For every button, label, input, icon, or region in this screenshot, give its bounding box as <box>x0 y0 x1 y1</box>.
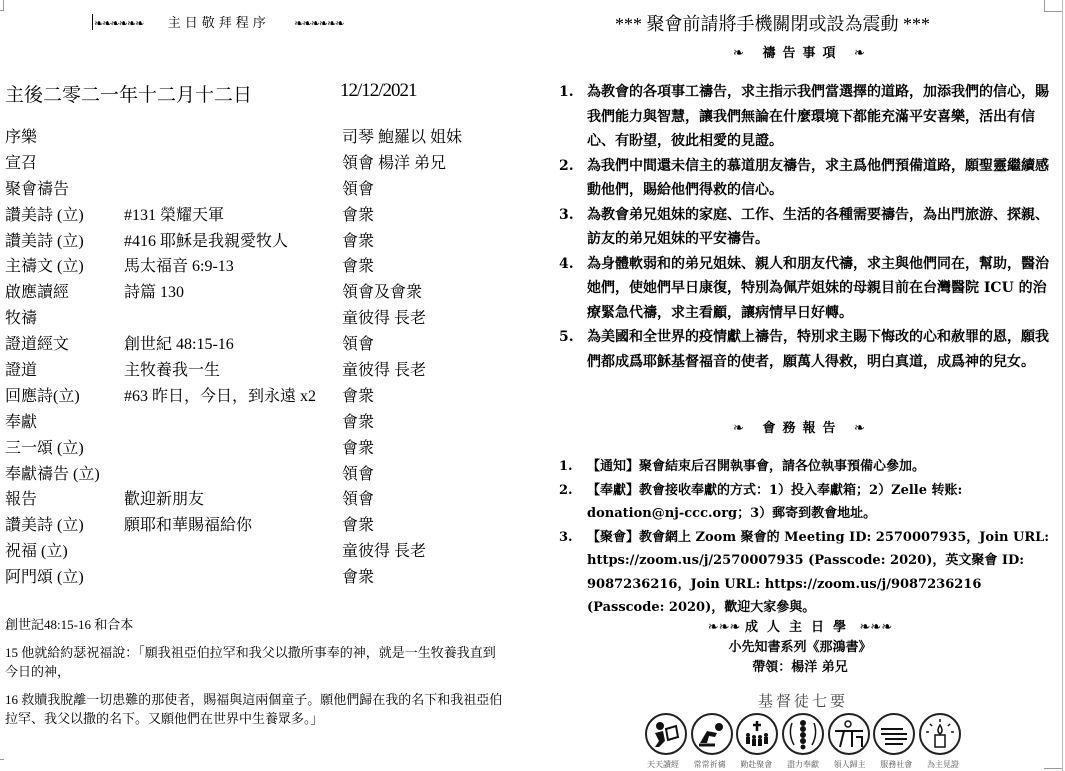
service-content: 詩篇 130 <box>124 279 184 302</box>
service-item: 回應詩(立) <box>5 383 80 406</box>
service-leader: 童彼得 長老 <box>342 538 426 561</box>
item-number: 5. <box>559 325 574 350</box>
service-leader: 會衆 <box>342 409 374 432</box>
service-row: 祝福 (立)童彼得 長老 <box>5 538 525 564</box>
date: 12/12/2021 <box>340 80 417 102</box>
item-number: 1. <box>559 80 574 105</box>
service-row: 讚美詩 (立)#131 榮耀天軍會衆 <box>5 202 525 228</box>
service-leader: 會衆 <box>342 512 374 535</box>
program-title-text: 主日敬拜程序 <box>168 16 270 31</box>
service-leader: 領會 <box>342 331 374 354</box>
service-row: 報告歡迎新朋友領會 <box>5 486 525 512</box>
sunday-school-leader: 帶領：楊洋 弟兄 <box>640 658 960 678</box>
scripture-reference: 創世記48:15-16 和合本 <box>5 615 505 634</box>
item-text: 【通知】聚會結束后召開執事會，請各位執事預備心參加。 <box>587 459 925 474</box>
crop-mark-top-right <box>1044 0 1063 12</box>
prayer-heading: ❧ 禱告事項 ❧ <box>733 42 872 61</box>
service-leader: 會衆 <box>342 383 374 406</box>
essential-label: 常常祈禱 <box>694 759 726 770</box>
service-row: 阿門頌 (立)會衆 <box>5 564 525 590</box>
sunday-school-series: 小先知書系列《那鴻書》 <box>640 638 960 658</box>
order-of-service: 序樂司琴 鮑羅以 姐妹 宣召領會 楊洋 弟兄 聚會禱告領會 讚美詩 (立)#13… <box>5 124 525 590</box>
service-content: 馬太福音 6:9-13 <box>124 253 234 276</box>
service-item: 祝福 (立) <box>5 538 68 561</box>
item-number: 3. <box>559 203 574 228</box>
essential-label: 服務社會 <box>880 759 912 770</box>
service-row: 宣召領會 楊洋 弟兄 <box>5 150 525 176</box>
service-leader: 領會 楊洋 弟兄 <box>342 150 446 173</box>
ornament-icon: ❧ <box>733 46 751 61</box>
service-leader: 童彼得 長老 <box>342 305 426 328</box>
candle-witness-icon <box>919 713 961 755</box>
reading-bible-icon <box>645 713 687 755</box>
essential-label: 為主見證 <box>927 759 959 770</box>
date-chinese: 主後二零二一年十二月十二日 <box>5 80 252 107</box>
service-item: 牧禱 <box>5 305 37 328</box>
ornament-icon: ❧❧❧❧❧❧ <box>294 17 343 30</box>
item-text: 【奉獻】教會接收奉獻的方式：1）投入奉獻箱；2）Zelle 转账: donati… <box>587 483 962 522</box>
announcement-item: 2.【奉獻】教會接收奉獻的方式：1）投入奉獻箱；2）Zelle 转账: dona… <box>545 479 1055 526</box>
service-content: 創世紀 48:15-16 <box>124 331 234 354</box>
service-row: 讚美詩 (立)願耶和華賜福給你會衆 <box>5 512 525 538</box>
item-text: 為身體軟弱和的弟兄姐妹、親人和朋友代禱，求主與他們同在，幫助，醫治她們，使她們早… <box>587 256 1049 321</box>
service-leader: 會衆 <box>342 228 374 251</box>
program-title: ❧❧❧❧❧❧ 主日敬拜程序 ❧❧❧❧❧❧ <box>92 12 343 31</box>
sunday-school: ❧❧❧ 成人主日學 ❧❧❧ 小先知書系列《那鴻書》 帶領：楊洋 弟兄 <box>640 618 960 678</box>
praying-icon <box>691 713 733 755</box>
service-content: 主牧養我一生 <box>124 357 220 380</box>
ornament-icon: ❧❧❧❧❧❧ <box>94 17 143 30</box>
prayer-item: 5.為美國和全世界的疫情獻上禱告，特別求主賜下悔改的心和赦罪的恩，願我們都成爲耶… <box>545 325 1055 374</box>
essential-label: 盡力奉獻 <box>787 759 819 770</box>
service-item: 序樂 <box>5 124 37 147</box>
crop-mark-top-left <box>0 0 4 11</box>
service-row: 序樂司琴 鮑羅以 姐妹 <box>5 124 525 150</box>
item-text: 為教會弟兄姐妹的家庭、工作、生活的各種需要禱告，為出門旅游、探親、訪友的弟兄姐妹… <box>587 207 1049 248</box>
service-row: 奉獻禱告 (立)領會 <box>5 461 525 487</box>
prayer-item: 2.為我們中間還未信主的慕道朋友禱告，求主爲他們預備道路，願聖靈繼續感動他們，賜… <box>545 154 1055 203</box>
evangelism-icon <box>828 713 870 755</box>
giving-icon <box>782 713 824 755</box>
service-leader: 領會 <box>342 176 374 199</box>
ornament-icon: ❧ <box>854 46 872 61</box>
seven-essentials-labels: 天天讀經 常常祈禱 勤赴聚會 盡力奉獻 領人歸主 服務社會 為主見證 <box>643 759 963 770</box>
service-content: #131 榮耀天軍 <box>124 202 224 225</box>
text-cursor <box>92 14 93 30</box>
service-item: 宣召 <box>5 150 37 173</box>
service-leader: 會衆 <box>342 564 374 587</box>
announcement-list: 1.【通知】聚會結束后召開執事會，請各位執事預備心參加。 2.【奉獻】教會接收奉… <box>545 455 1055 620</box>
essential-label: 天天讀經 <box>647 759 679 770</box>
service-item: 證道經文 <box>5 331 69 354</box>
prayer-heading-text: 禱告事項 <box>762 46 842 61</box>
seven-essentials: 基督徒七要 天天讀經 常常祈禱 勤赴聚會 盡力奉獻 領人歸主 服務社會 為主見證 <box>643 690 963 770</box>
crop-mark-bottom-right <box>1044 768 1062 770</box>
service-item: 證道 <box>5 357 37 380</box>
item-text: 【聚會】教會網上 Zoom 聚會的 Meeting ID: 2570007935… <box>587 530 1049 616</box>
service-leader: 領會 <box>342 486 374 509</box>
service-row: 奉獻會衆 <box>5 409 525 435</box>
item-text: 為美國和全世界的疫情獻上禱告，特別求主賜下悔改的心和赦罪的恩，願我們都成爲耶穌基… <box>587 329 1049 370</box>
service-item: 阿門頌 (立) <box>5 564 84 587</box>
service-row: 三一頌 (立)會衆 <box>5 435 525 461</box>
service-content: 歡迎新朋友 <box>124 486 204 509</box>
service-leader: 領會及會衆 <box>342 279 422 302</box>
service-leader: 司琴 鮑羅以 姐妹 <box>342 124 462 147</box>
service-content: #63 昨日，今日，到永遠 x2 <box>124 383 316 406</box>
service-row: 回應詩(立)#63 昨日，今日，到永遠 x2會衆 <box>5 383 525 409</box>
scripture-verse: 15 他就給約瑟祝福說：「願我祖亞伯拉罕和我父以撒所事奉的神，就是一生牧養我直到… <box>5 643 505 681</box>
prayer-item: 3.為教會弟兄姐妹的家庭、工作、生活的各種需要禱告，為出門旅游、探親、訪友的弟兄… <box>545 203 1055 252</box>
service-content: 願耶和華賜福給你 <box>124 512 252 535</box>
essential-label: 勤赴聚會 <box>740 759 772 770</box>
worship-gathering-icon <box>736 713 778 755</box>
announcements-heading: ❧ 會務報告 ❧ <box>733 417 872 436</box>
crop-mark-bottom-left <box>0 759 4 761</box>
sunday-school-heading: ❧❧❧ 成人主日學 ❧❧❧ <box>640 618 960 638</box>
item-number: 2. <box>559 154 574 179</box>
service-item: 奉獻 <box>5 409 37 432</box>
seven-essentials-title: 基督徒七要 <box>643 690 963 711</box>
service-row: 證道經文創世紀 48:15-16領會 <box>5 331 525 357</box>
service-item: 報告 <box>5 486 37 509</box>
scripture-passage: 創世記48:15-16 和合本 15 他就給約瑟祝福說：「願我祖亞伯拉罕和我父以… <box>5 615 505 737</box>
item-text: 為我們中間還未信主的慕道朋友禱告，求主爲他們預備道路，願聖靈繼續感動他們，賜給他… <box>587 158 1049 199</box>
prayer-item: 1.為教會的各項事工禱告，求主指示我們當選擇的道路，加添我們的信心，賜我們能力與… <box>545 80 1055 154</box>
service-item: 聚會禱告 <box>5 176 69 199</box>
service-item: 讚美詩 (立) <box>5 202 84 225</box>
announcement-item: 1.【通知】聚會結束后召開執事會，請各位執事預備心參加。 <box>545 455 1055 479</box>
service-leader: 領會 <box>342 461 374 484</box>
phone-notice: *** 聚會前請將手機關閉或設為震動 *** <box>615 10 930 36</box>
service-row: 主禱文 (立)馬太福音 6:9-13會衆 <box>5 253 525 279</box>
service-row: 牧禱童彼得 長老 <box>5 305 525 331</box>
service-row: 聚會禱告領會 <box>5 176 525 202</box>
service-item: 讚美詩 (立) <box>5 228 84 251</box>
service-item: 主禱文 (立) <box>5 253 84 276</box>
ornament-icon: ❧❧❧ <box>860 620 893 635</box>
serving-icon <box>873 713 915 755</box>
ornament-icon: ❧ <box>854 421 872 436</box>
announcements-heading-text: 會務報告 <box>762 421 842 436</box>
essential-label: 領人歸主 <box>834 759 866 770</box>
service-row: 啟應讀經詩篇 130領會及會衆 <box>5 279 525 305</box>
service-leader: 童彼得 長老 <box>342 357 426 380</box>
service-row: 證道主牧養我一生童彼得 長老 <box>5 357 525 383</box>
prayer-list: 1.為教會的各項事工禱告，求主指示我們當選擇的道路，加添我們的信心，賜我們能力與… <box>545 80 1055 374</box>
scripture-verse: 16 救贖我脫離一切患難的那使者，賜福與這兩個童子。願他們歸在我的名下和我祖亞伯… <box>5 690 505 728</box>
service-leader: 會衆 <box>342 435 374 458</box>
seven-essentials-icons <box>643 713 963 755</box>
item-number: 2. <box>559 479 573 503</box>
service-item: 奉獻禱告 (立) <box>5 461 100 484</box>
service-item: 啟應讀經 <box>5 279 69 302</box>
ornament-icon: ❧ <box>733 421 751 436</box>
item-number: 3. <box>559 526 573 550</box>
prayer-item: 4.為身體軟弱和的弟兄姐妹、親人和朋友代禱，求主與他們同在，幫助，醫治她們，使她… <box>545 252 1055 326</box>
service-item: 讚美詩 (立) <box>5 512 84 535</box>
bulletin-page: ❧❧❧❧❧❧ 主日敬拜程序 ❧❧❧❧❧❧ 主後二零二一年十二月十二日 12/12… <box>0 0 1065 771</box>
service-item: 三一頌 (立) <box>5 435 84 458</box>
service-content: #416 耶穌是我親愛牧人 <box>124 228 288 251</box>
service-row: 讚美詩 (立)#416 耶穌是我親愛牧人會衆 <box>5 228 525 254</box>
item-number: 1. <box>559 455 573 479</box>
service-leader: 會衆 <box>342 202 374 225</box>
announcement-item: 3.【聚會】教會網上 Zoom 聚會的 Meeting ID: 25700079… <box>545 526 1055 620</box>
service-leader: 會衆 <box>342 253 374 276</box>
sunday-school-title: 成人主日學 <box>745 620 855 635</box>
item-number: 4. <box>559 252 574 277</box>
ornament-icon: ❧❧❧ <box>708 620 741 635</box>
item-text: 為教會的各項事工禱告，求主指示我們當選擇的道路，加添我們的信心，賜我們能力與智慧… <box>587 84 1049 149</box>
page-edge <box>1062 0 1063 771</box>
